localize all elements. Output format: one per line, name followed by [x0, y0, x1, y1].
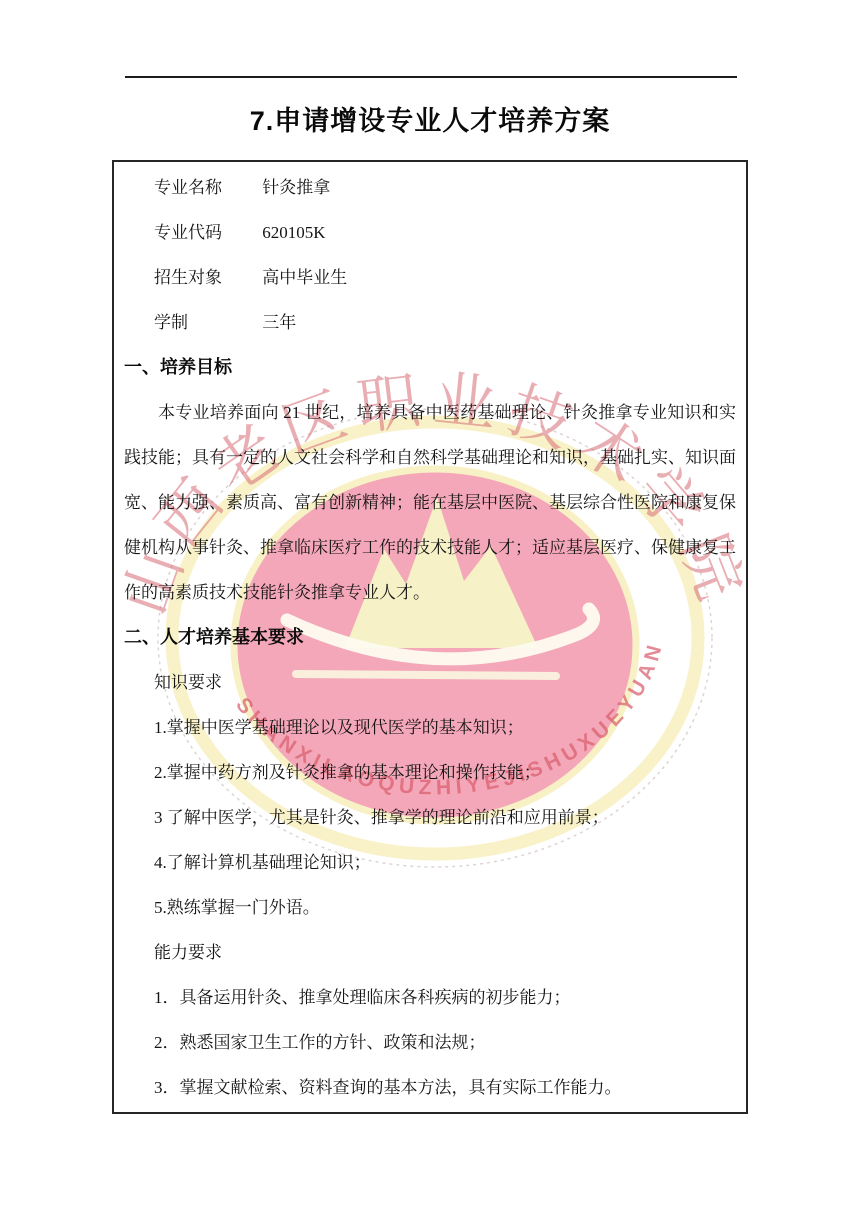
- paragraph-line: 宽、能力强、素质高、富有创新精神；能在基层中医院、基层综合性医院和康复保: [124, 480, 736, 525]
- subsection-heading: 能力要求: [124, 930, 736, 975]
- paragraph-line: 践技能；具有一定的人文社会科学和自然科学基础理论和知识，基础扎实、知识面: [124, 435, 736, 480]
- section-heading: 一、培养目标: [124, 345, 736, 390]
- field-value: 针灸推拿: [262, 165, 330, 210]
- field-label: 学制: [154, 300, 258, 345]
- section-heading: 二、人才培养基本要求: [124, 615, 736, 660]
- page-title: 7.申请增设专业人才培养方案: [0, 99, 860, 138]
- field-label: 招生对象: [154, 255, 258, 300]
- subsection-heading: 知识要求: [124, 660, 736, 705]
- list-item: 3 了解中医学，尤其是针灸、推拿学的理论前沿和应用前景；: [124, 795, 736, 840]
- form-field-row: 专业代码 620105K: [124, 210, 736, 255]
- form-field-row: 专业名称 针灸推拿: [124, 165, 736, 210]
- list-item: 1．具备运用针灸、推拿处理临床各科疾病的初步能力；: [124, 975, 736, 1020]
- field-label: 专业名称: [154, 165, 258, 210]
- list-item: 3．掌握文献检索、资料查询的基本方法，具有实际工作能力。: [124, 1065, 736, 1110]
- list-item: 5.熟练掌握一门外语。: [124, 885, 736, 930]
- field-value: 高中毕业生: [262, 255, 347, 300]
- field-value: 三年: [262, 300, 296, 345]
- header-rule: [125, 76, 737, 78]
- paragraph-line: 本专业培养面向 21 世纪，培养具备中医药基础理论、针灸推拿专业知识和实: [124, 390, 736, 435]
- paragraph-line: 健机构从事针灸、推拿临床医疗工作的技术技能人才；适应基层医疗、保健康复工: [124, 525, 736, 570]
- list-item: 2.掌握中药方剂及针灸推拿的基本理论和操作技能；: [124, 750, 736, 795]
- list-item: 4.了解计算机基础理论知识；: [124, 840, 736, 885]
- content-box: 专业名称 针灸推拿 专业代码 620105K 招生对象 高中毕业生 学制 三年 …: [112, 160, 748, 1114]
- list-item: 2．熟悉国家卫生工作的方针、政策和法规；: [124, 1020, 736, 1065]
- form-field-row: 学制 三年: [124, 300, 736, 345]
- list-item: 1.掌握中医学基础理论以及现代医学的基本知识；: [124, 705, 736, 750]
- field-label: 专业代码: [154, 210, 258, 255]
- paragraph-line: 作的高素质技术技能针灸推拿专业人才。: [124, 570, 736, 615]
- form-field-row: 招生对象 高中毕业生: [124, 255, 736, 300]
- field-value: 620105K: [262, 210, 325, 255]
